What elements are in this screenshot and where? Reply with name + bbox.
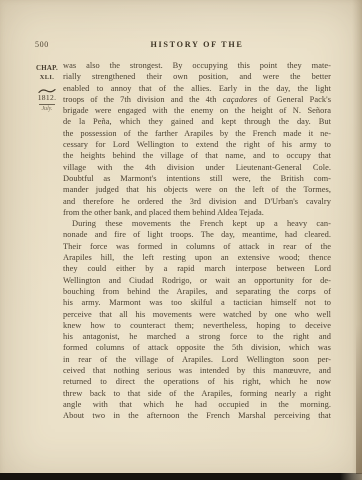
text-line: nonade and fire of light troops. The day… — [63, 229, 331, 240]
text-line: de la Peña, which they gained and kept t… — [63, 116, 331, 127]
text-line: Wellington and Ciudad Rodrigo, or wait a… — [63, 275, 331, 286]
page-edge-shade — [352, 0, 362, 480]
scanned-book-page: 500 HISTORY OF THE CHAP. XLI. 1812. July… — [0, 0, 362, 480]
paragraph-2: During these movements the French kept u… — [63, 218, 331, 421]
text-line: and therefore he ordered the 3rd divisio… — [63, 196, 331, 207]
page-edge-shadow — [356, 324, 362, 474]
text-line: returned to direct the operations of his… — [63, 376, 331, 387]
page-number: 500 — [35, 40, 49, 49]
margin-note: CHAP. XLI. 1812. July. — [33, 66, 61, 113]
text-line: perceive that all his movements were wat… — [63, 309, 331, 320]
chapter-label: CHAP. — [33, 66, 61, 73]
text-line: threw back to that side of the Arapiles,… — [63, 388, 331, 399]
text-line: they could either by a rapid march inter… — [63, 263, 331, 274]
text-line: brigade were engaged with the enemy on t… — [63, 105, 331, 116]
text-line: the heights behind the village of that n… — [63, 150, 331, 161]
body-text: was also the strongest. By occupying thi… — [63, 60, 331, 422]
scan-bottom-edge — [0, 473, 362, 480]
text-line: the possession of the farther Arapiles b… — [63, 128, 331, 139]
margin-month: July. — [33, 107, 61, 113]
text-line: formed columns of attack opposite the 5t… — [63, 342, 331, 353]
text-line: his army. Marmont was too skilful a tact… — [63, 297, 331, 308]
text-line: bouching from behind the Arapiles, and s… — [63, 286, 331, 297]
text-line: enabled to annoy that of the allies. Ear… — [63, 83, 331, 94]
margin-year: 1812. — [33, 94, 61, 102]
text-line: troops of the 7th division and the 4th c… — [63, 94, 331, 105]
text-line: knew how to counteract them; nevertheles… — [63, 320, 331, 331]
italic-term: caçadores — [223, 95, 258, 104]
text-line: Their force was formed in columns of att… — [63, 241, 331, 252]
text-line: cessary for Lord Wellington to extend th… — [63, 139, 331, 150]
chapter-numeral: XLI. — [33, 75, 61, 81]
squiggle-icon — [33, 82, 61, 88]
text-line: Doubtful as Marmont's intentions still w… — [63, 173, 331, 184]
text-line: was also the strongest. By occupying thi… — [63, 60, 331, 71]
text-line: During these movements the French kept u… — [63, 218, 331, 229]
paragraph-1: was also the strongest. By occupying thi… — [63, 60, 331, 218]
text-line: About two in the afternoon the French Ma… — [63, 410, 331, 421]
text-line: angle with that which he had occupied in… — [63, 399, 331, 410]
text-line: his antagonist, he marched a strong forc… — [63, 331, 331, 342]
text-line: ceived that nothing serious was intended… — [63, 365, 331, 376]
text-line: Arapiles hill, the left resting upon an … — [63, 252, 331, 263]
text-line: rially strengthened their own position, … — [63, 71, 331, 82]
text-line: mander judged that his objects were on t… — [63, 184, 331, 195]
text-line: in rear of the village of Arapiles. Lord… — [63, 354, 331, 365]
text-line: from the other bank, and placed them beh… — [63, 207, 331, 218]
running-head: HISTORY OF THE — [63, 40, 331, 49]
text-line: village with the 4th division under Lieu… — [63, 162, 331, 173]
